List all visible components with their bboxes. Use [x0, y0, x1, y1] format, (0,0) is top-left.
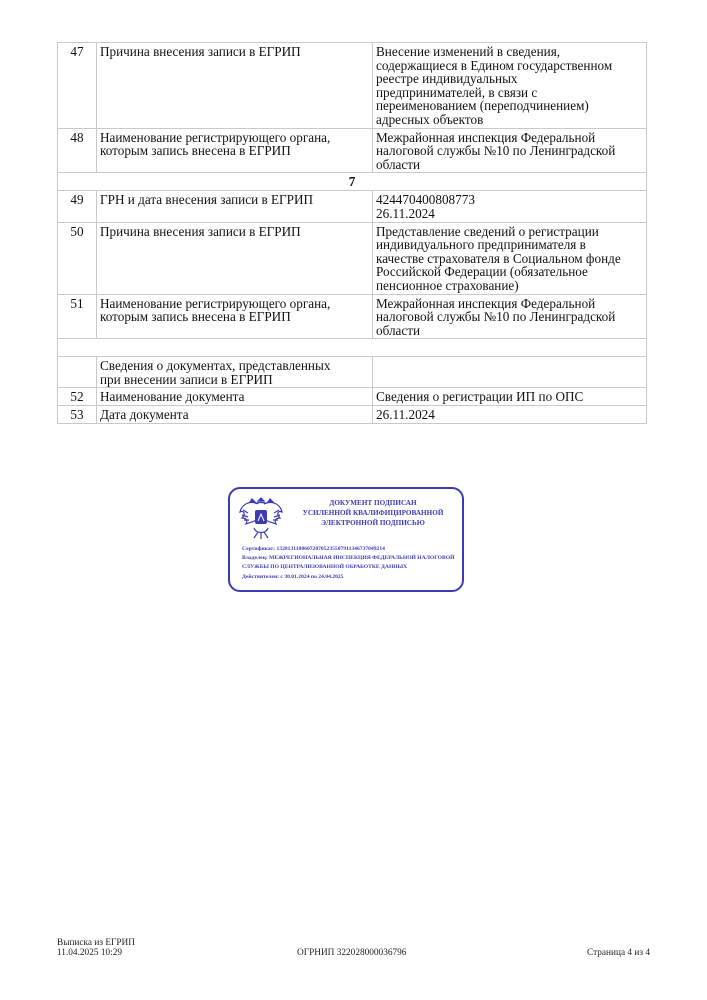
footer-page-number: Страница 4 из 4: [587, 948, 650, 958]
row-value: Межрайонная инспекция Федеральной налого…: [373, 294, 647, 339]
row-number: 51: [58, 294, 97, 339]
table-row: 52Наименование документаСведения о регис…: [58, 388, 647, 406]
row-label: ГРН и дата внесения записи в ЕГРИП: [97, 191, 373, 222]
footer-datetime: 11.04.2025 10:29: [57, 948, 135, 958]
row-number: 48: [58, 128, 97, 173]
table-row: 53Дата документа26.11.2024: [58, 406, 647, 424]
stamp-certificate: Сертификат: 1328131180607207052355079113…: [242, 545, 457, 554]
russian-coat-of-arms-icon: [236, 492, 286, 542]
table-row: 49ГРН и дата внесения записи в ЕГРИП4244…: [58, 191, 647, 222]
row-label: Наименование документа: [97, 388, 373, 406]
row-number: 49: [58, 191, 97, 222]
row-number: 52: [58, 388, 97, 406]
row-label: Наименование регистрирующего органа, кот…: [97, 294, 373, 339]
row-value: Представление сведений о регистрации инд…: [373, 222, 647, 294]
row-label: Наименование регистрирующего органа, кот…: [97, 128, 373, 173]
stamp-validity: Действителен: с 30.01.2024 по 24.04.2025: [242, 573, 457, 582]
table-body: 47Причина внесения записи в ЕГРИПВнесени…: [58, 43, 647, 424]
footer-left: Выписка из ЕГРИП 11.04.2025 10:29: [57, 938, 135, 958]
egrip-records-table: 47Причина внесения записи в ЕГРИПВнесени…: [57, 42, 647, 424]
table-row: Сведения о документах, представленных пр…: [58, 357, 647, 388]
row-value: Сведения о регистрации ИП по ОПС: [373, 388, 647, 406]
electronic-signature-stamp: ДОКУМЕНТ ПОДПИСАН УСИЛЕННОЙ КВАЛИФИЦИРОВ…: [228, 487, 464, 592]
row-value: [373, 357, 647, 388]
row-value: 424470400808773 26.11.2024: [373, 191, 647, 222]
table-row: 48Наименование регистрирующего органа, к…: [58, 128, 647, 173]
row-label: Дата документа: [97, 406, 373, 424]
row-label: Сведения о документах, представленных пр…: [97, 357, 373, 388]
row-value: 26.11.2024: [373, 406, 647, 424]
row-label: Причина внесения записи в ЕГРИП: [97, 43, 373, 129]
stamp-owner: Владелец: МЕЖРЕГИОНАЛЬНАЯ ИНСПЕКЦИЯ ФЕДЕ…: [242, 554, 457, 572]
row-value: Межрайонная инспекция Федеральной налого…: [373, 128, 647, 173]
row-label: Причина внесения записи в ЕГРИП: [97, 222, 373, 294]
table-row: 47Причина внесения записи в ЕГРИПВнесени…: [58, 43, 647, 129]
section-header-row: 7: [58, 173, 647, 191]
blank-row: [58, 339, 647, 357]
row-value: Внесение изменений в сведения, содержащи…: [373, 43, 647, 129]
table-row: 50Причина внесения записи в ЕГРИППредста…: [58, 222, 647, 294]
row-number: 47: [58, 43, 97, 129]
stamp-info: Сертификат: 1328131180607207052355079113…: [242, 545, 457, 582]
row-number: 53: [58, 406, 97, 424]
stamp-title: ДОКУМЕНТ ПОДПИСАН УСИЛЕННОЙ КВАЛИФИЦИРОВ…: [288, 498, 458, 528]
row-number: 50: [58, 222, 97, 294]
blank-cell: [58, 339, 647, 357]
footer-ogrnip: ОГРНИП 322028000036796: [297, 948, 406, 958]
row-number: [58, 357, 97, 388]
table-row: 51Наименование регистрирующего органа, к…: [58, 294, 647, 339]
section-number: 7: [58, 173, 647, 191]
footer-doc-name: Выписка из ЕГРИП: [57, 938, 135, 948]
